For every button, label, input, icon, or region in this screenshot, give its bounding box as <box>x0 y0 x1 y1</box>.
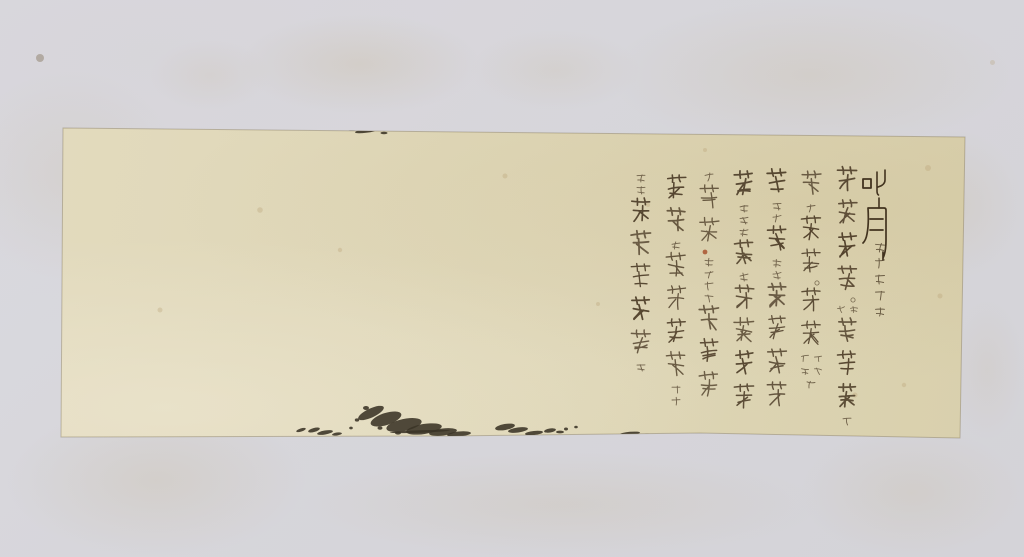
ink-smudge <box>348 129 356 131</box>
mount-stain <box>610 0 1010 150</box>
mount-stain <box>300 452 820 557</box>
mount-speck <box>36 54 44 62</box>
photograph-of-handscroll: { "scene": { "mount_color": "#d7d6db", "… <box>0 0 1024 557</box>
mount-stain <box>150 40 270 110</box>
mount-stain <box>240 14 480 114</box>
mount-speck <box>990 60 995 65</box>
mount-stain <box>470 30 640 110</box>
scroll-panel <box>55 124 971 446</box>
ink-smudge <box>643 434 651 436</box>
mount-stain <box>800 428 1024 557</box>
